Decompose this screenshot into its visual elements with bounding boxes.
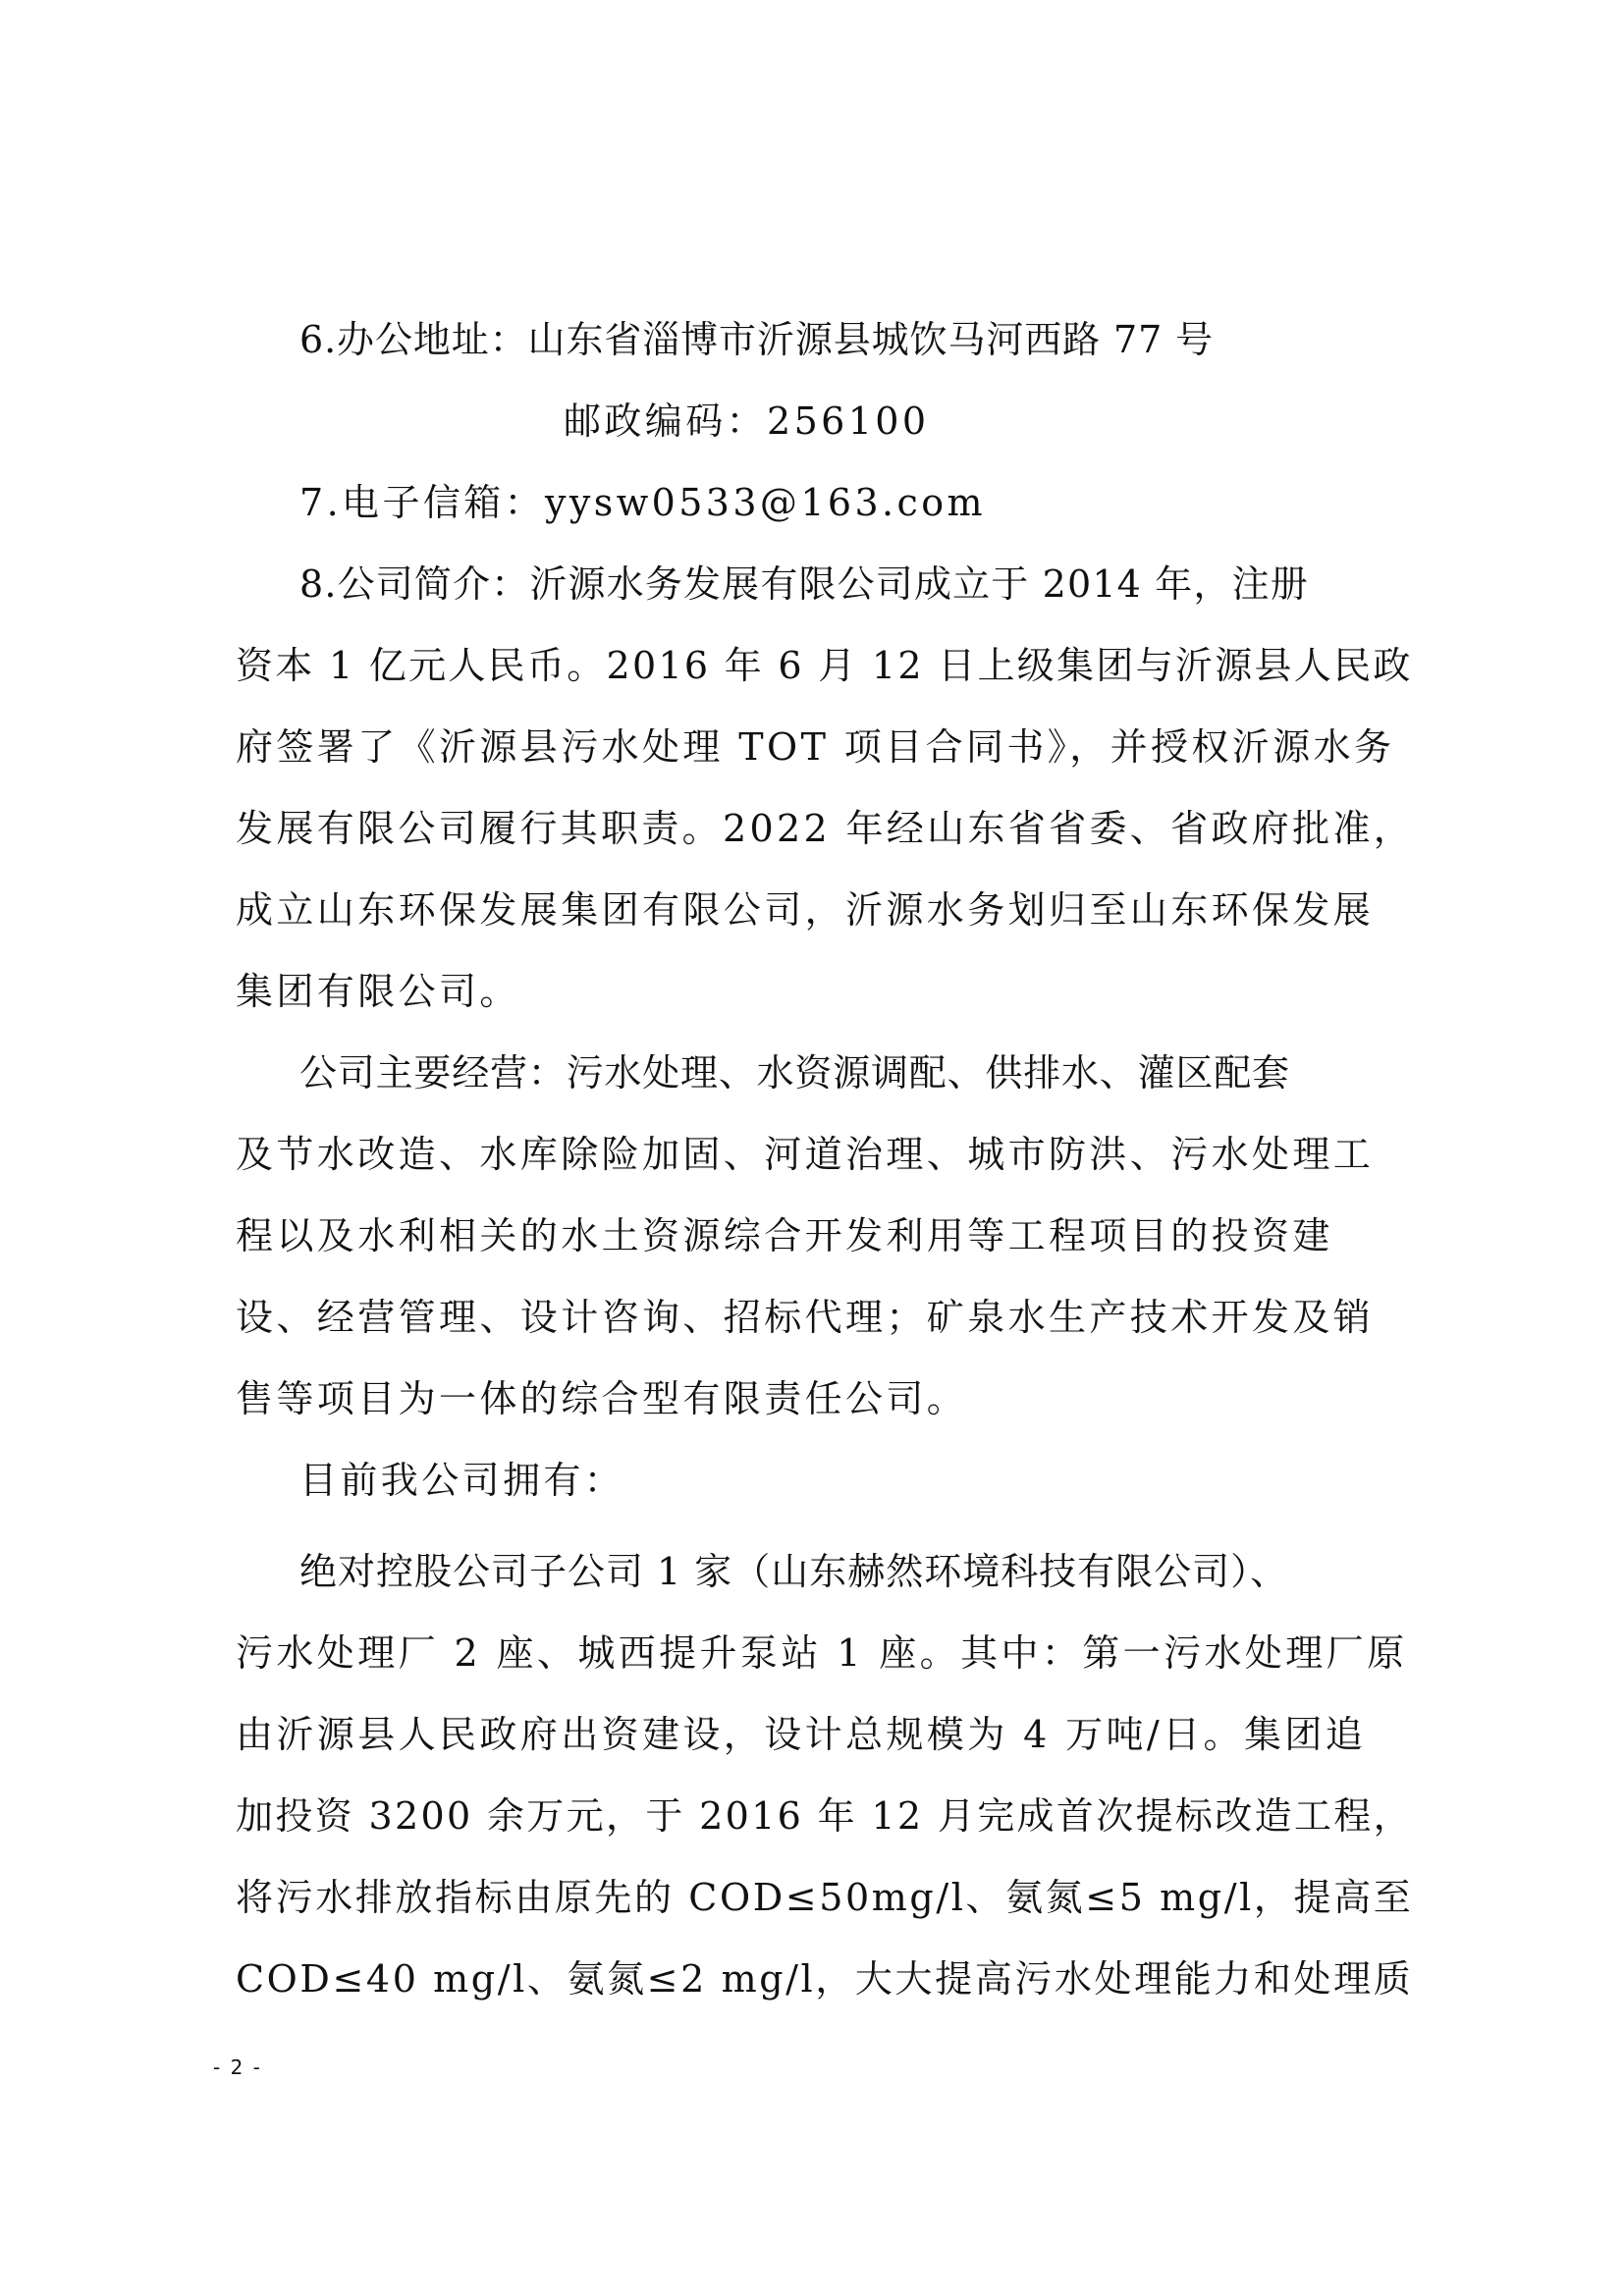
text-line: 公司主要经营：污水处理、水资源调配、供排水、灌区配套 bbox=[299, 1049, 1478, 1096]
text-line: 设、经营管理、设计咨询、招标代理；矿泉水生产技术开发及销 bbox=[236, 1294, 1414, 1341]
text-line: 程以及水利相关的水土资源综合开发利用等工程项目的投资建 bbox=[236, 1212, 1414, 1259]
text-line: 将污水排放指标由原先的 COD≤50mg/l、氨氮≤5 mg/l，提高至 bbox=[236, 1874, 1414, 1921]
text-line: COD≤40 mg/l、氨氮≤2 mg/l，大大提高污水处理能力和处理质 bbox=[236, 1955, 1414, 2002]
text-line: 6.办公地址：山东省淄博市沂源县城饮马河西路 77 号 bbox=[299, 316, 1478, 363]
text-line: 发展有限公司履行其职责。2022 年经山东省省委、省政府批准， bbox=[236, 805, 1414, 852]
text-line: 绝对控股公司子公司 1 家（山东赫然环境科技有限公司）、 bbox=[299, 1548, 1478, 1595]
text-line: 污水处理厂 2 座、城西提升泵站 1 座。其中：第一污水处理厂原 bbox=[236, 1629, 1414, 1677]
text-line: 资本 1 亿元人民币。2016 年 6 月 12 日上级集团与沂源县人民政 bbox=[236, 642, 1414, 689]
text-line: 8.公司简介：沂源水务发展有限公司成立于 2014 年，注册 bbox=[299, 561, 1478, 608]
text-line: 邮政编码：256100 bbox=[564, 398, 1624, 445]
text-line: 集团有限公司。 bbox=[236, 968, 1414, 1015]
text-line: 及节水改造、水库除险加固、河道治理、城市防洪、污水处理工 bbox=[236, 1131, 1414, 1178]
text-line: 成立山东环保发展集团有限公司，沂源水务划归至山东环保发展 bbox=[236, 886, 1414, 934]
text-line: 7.电子信箱：yysw0533@163.com bbox=[299, 479, 1478, 526]
text-line: 府签署了《沂源县污水处理 TOT 项目合同书》，并授权沂源水务 bbox=[236, 723, 1414, 771]
page-number: - 2 - bbox=[213, 2056, 262, 2079]
text-line: 目前我公司拥有： bbox=[299, 1457, 1478, 1504]
text-line: 售等项目为一体的综合型有限责任公司。 bbox=[236, 1375, 1414, 1422]
document-page: 6.办公地址：山东省淄博市沂源县城饮马河西路 77 号邮政编码：2561007.… bbox=[0, 0, 1624, 2296]
text-line: 加投资 3200 余万元，于 2016 年 12 月完成首次提标改造工程， bbox=[236, 1792, 1414, 1840]
text-line: 由沂源县人民政府出资建设，设计总规模为 4 万吨/日。集团追 bbox=[236, 1711, 1414, 1758]
